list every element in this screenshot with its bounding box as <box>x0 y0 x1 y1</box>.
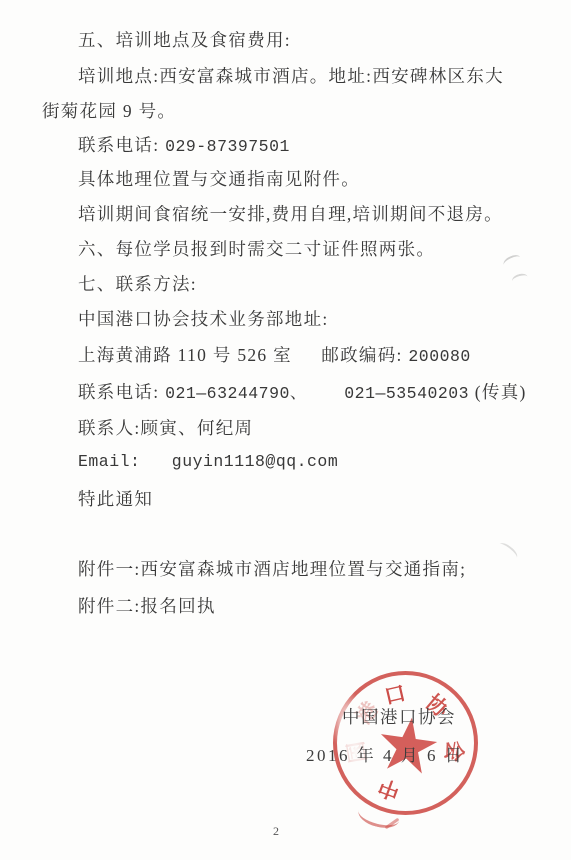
scan-artifact <box>511 272 529 286</box>
address-line: 上海黄浦路 110 号 526 室 邮政编码: 200080 <box>42 342 471 367</box>
meal-policy-line: 培训期间食宿统一安排,费用自理,培训期间不退房。 <box>42 201 503 226</box>
hotel-phone-label: 联系电话: <box>78 135 159 155</box>
contact-persons-line: 联系人:顾寅、何纪周 <box>42 415 253 440</box>
guide-note-line: 具体地理位置与交通指南见附件。 <box>42 166 360 191</box>
closing-line: 特此通知 <box>42 486 153 511</box>
postcode-label: 邮政编码: <box>321 345 402 365</box>
office-phone-label: 联系电话: <box>78 382 159 402</box>
postcode-value: 200080 <box>408 347 470 366</box>
office-phone-number-2: 021—53540203 <box>344 384 469 403</box>
training-location-line-1: 培训地点:西安富森城市酒店。地址:西安碑林区东大 <box>42 63 504 88</box>
signature-org-name: 中国港口协会 <box>342 704 456 729</box>
attachment-2-line: 附件二:报名回执 <box>42 593 216 618</box>
page-number: 2 <box>273 824 280 839</box>
email-line: Email: guyin1118@qq.com <box>42 450 338 471</box>
office-phone-line: 联系电话: 021—63244790、 021—53540203 (传真) <box>42 379 527 404</box>
scan-artifact <box>502 253 523 270</box>
office-phone-number-1: 021—63244790、 <box>165 384 307 403</box>
hotel-phone-number: 029-87397501 <box>165 137 290 156</box>
email-label: Email: <box>78 452 140 471</box>
training-location-line-2: 街菊花园 9 号。 <box>42 98 176 123</box>
scanned-notice-page: 五、培训地点及食宿费用: 培训地点:西安富森城市酒店。地址:西安碑林区东大 街菊… <box>0 0 571 860</box>
fax-suffix: (传真) <box>475 382 527 402</box>
email-address: guyin1118@qq.com <box>172 452 338 471</box>
hotel-phone-line: 联系电话: 029-87397501 <box>42 132 290 157</box>
attachment-1-line: 附件一:西安富森城市酒店地理位置与交通指南; <box>42 556 466 581</box>
section-5-heading: 五、培训地点及食宿费用: <box>42 27 291 52</box>
scan-artifact <box>496 540 519 561</box>
street-address: 上海黄浦路 110 号 526 室 <box>78 345 292 365</box>
department-address-heading: 中国港口协会技术业务部地址: <box>42 306 329 331</box>
section-7-heading: 七、联系方法: <box>42 271 197 296</box>
section-6-line: 六、每位学员报到时需交二寸证件照两张。 <box>42 236 435 261</box>
signature-date: 2016 年 4 月 6 日 <box>306 741 464 766</box>
